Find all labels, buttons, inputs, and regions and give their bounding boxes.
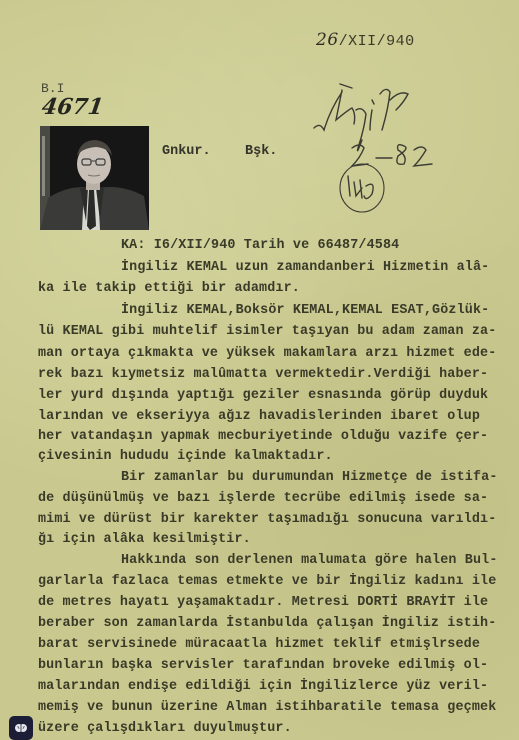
portrait-photo: [40, 126, 149, 230]
body-line: man ortaya çıkmakta ve yüksek makamlara …: [38, 346, 496, 362]
addressee-bsk: Bşk.: [245, 144, 277, 159]
body-line: memiş ve bunun üzerine Alman istihbarati…: [38, 700, 496, 716]
body-line: lü KEMAL gibi muhtelif isimler taşıyan b…: [38, 324, 496, 340]
body-line: malarından endişe edildiği için İngilizl…: [38, 679, 488, 695]
body-line: çivesinin hududu içinde kalmaktadır.: [38, 449, 333, 465]
addressee-gnkur: Gnkur.: [162, 144, 211, 159]
body-line: İngiliz KEMAL uzun zamandanberi Hizmetin…: [121, 260, 489, 276]
body-line: ler yurd dışında yaptığı geziler esnasın…: [38, 388, 488, 404]
brain-icon: [14, 721, 28, 735]
body-line: beraber son zamanlarda İstanbulda çalışa…: [38, 616, 496, 632]
body-line: Hakkında son derlenen malumata göre hale…: [121, 553, 498, 569]
body-line: her vatandaşın yapmak mecburiyetinde old…: [38, 429, 488, 445]
body-line: üzere çalışdıkları duyulmuştur.: [38, 721, 292, 737]
body-line: bunların başka servisler tarafından brov…: [38, 658, 488, 674]
body-line: ğı için alâka kesilmiştir.: [38, 532, 251, 548]
file-number: 4671: [40, 94, 105, 120]
body-line: mimi ve dürüst bir karekter taşımadığı s…: [38, 512, 496, 528]
body-line: ka ile takip ettiği bir adamdır.: [38, 281, 300, 297]
body-line: rek bazı kıymetsiz malûmatta vermektedir…: [38, 367, 488, 383]
body-line: Bir zamanlar bu durumundan Hizmetçe de i…: [121, 470, 498, 486]
handwritten-annotation: İngiliz 2-82 145: [300, 70, 450, 220]
body-line: de düşünülmüş ve bazı işlerde tecrübe ed…: [38, 491, 488, 507]
date-day-handwritten: 26: [316, 30, 339, 50]
body-line: İngiliz KEMAL,Boksör KEMAL,KEMAL ESAT,Gö…: [121, 303, 489, 319]
date-month-year: /XII/940: [339, 33, 415, 50]
body-line: garlarla fazlaca temas etmekte ve bir İn…: [38, 574, 496, 590]
document-date: 26/XII/940: [316, 30, 415, 50]
reference-line: KA: I6/XII/940 Tarih ve 66487/4584: [121, 238, 399, 254]
body-line: de metres hayatı yaşamaktadır. Metresi D…: [38, 595, 488, 611]
body-line: barat servisinede müracaatla hizmet tekl…: [38, 637, 480, 653]
body-line: larından ve ekseriyya ağız havadislerind…: [38, 409, 480, 425]
overlay-badge-button[interactable]: [9, 716, 33, 740]
